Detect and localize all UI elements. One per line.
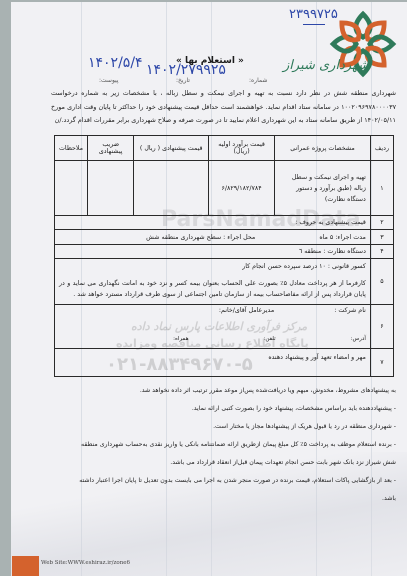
proposed-coefficient-cell[interactable]: [88, 161, 134, 216]
handwritten-underline: [303, 24, 325, 25]
row-number: ۴: [370, 245, 393, 259]
table-row: ۳ مدت اجراء: ۵ ماه محل اجراء : سطح شهردا…: [55, 230, 394, 245]
supervisor-cell: دستگاه نظارت : منطقه ٦: [55, 245, 371, 259]
legal-deductions-line: کسور قانونی : ۱۰ درصد سپرده حسن انجام کا…: [59, 263, 366, 270]
document-page: ۲۳۹۹۷۲۵ شهرداری شیراز « استعلام بها » ۱۴…: [11, 2, 407, 576]
ceo-name-label[interactable]: مدیرعامل آقای/خانم:: [219, 307, 274, 314]
price-in-words-field[interactable]: قیمت پیشنهادی به حروف :: [55, 216, 371, 230]
signature-cell[interactable]: مهر و امضاء تعهد آور و پیشنهاد دهنده: [55, 349, 371, 377]
note-item: - برنده استعلام موظف به پرداخت ۵٪ کل مبل…: [71, 436, 396, 472]
header-proposed-coefficient: ضریب پیشنهادی: [88, 136, 134, 161]
row-number: ۷: [370, 349, 393, 377]
row-number: ۲: [370, 216, 393, 230]
execution-duration: مدت اجراء: ۵ ماه: [319, 234, 366, 241]
contact-info-line: آدرس: تلفن: همراه:: [59, 336, 366, 342]
address-label[interactable]: آدرس:: [351, 336, 366, 342]
number-label: شماره:: [249, 77, 267, 84]
duration-location-cell: مدت اجراء: ۵ ماه محل اجراء : سطح شهرداری…: [55, 230, 371, 245]
price-inquiry-table: ردیف مشخصات پروژه عمرانی قیمت برآورد اول…: [54, 135, 394, 377]
table-row: ۶ نام شرکت : مدیرعامل آقای/خانم: آدرس: ت…: [55, 305, 394, 349]
footer-website-link[interactable]: Web Site:WWW.eshiraz.ir/zone6: [41, 560, 130, 566]
note-item: به پیشنهادهای مشروط، مخدوش، مبهم ویا دری…: [71, 382, 396, 400]
header-row-number: ردیف: [370, 136, 393, 161]
header-proposed-price: قیمت پیشنهادی ( ریال ): [134, 136, 209, 161]
attachment-label: پیوست:: [99, 77, 119, 84]
letter-date-value: ۱۴۰۲/۵/۴: [88, 55, 143, 71]
header-remarks: ملاحظات: [55, 136, 88, 161]
note-item: - پیشنهاددهنده باید براساس مشخصات، پیشنه…: [71, 400, 396, 418]
row-number: ۶: [370, 305, 393, 349]
execution-location: محل اجراء : سطح شهرداری منطقه شش: [146, 234, 255, 241]
note-item: - بعد از بازگشایی پاکات استعلام، قیمت بر…: [71, 472, 396, 508]
table-row: ۲ قیمت پیشنهادی به حروف :: [55, 216, 394, 230]
date-label: تاریخ:: [176, 77, 190, 84]
legal-deductions-cell: کسور قانونی : ۱۰ درصد سپرده حسن انجام کا…: [55, 259, 371, 305]
letter-number-value: ۱۴۰۲/۲۷۹۹۲۵: [146, 62, 226, 78]
row-number: ۵: [370, 259, 393, 305]
proposed-price-cell[interactable]: [134, 161, 209, 216]
logo-wordmark: شهرداری شیراز: [283, 58, 369, 73]
insurance-clause: کارفرما از هر پرداخت معادل ۵٪ بصورت علی …: [59, 278, 366, 300]
company-info-line: نام شرکت : مدیرعامل آقای/خانم:: [59, 307, 366, 314]
company-info-cell: نام شرکت : مدیرعامل آقای/خانم: آدرس: تلف…: [55, 305, 371, 349]
company-name-label[interactable]: نام شرکت :: [334, 307, 366, 314]
footer-orange-block: [12, 556, 39, 576]
row-number: ۱: [370, 161, 393, 216]
phone-label[interactable]: تلفن:: [263, 336, 275, 342]
header-project-spec: مشخصات پروژه عمرانی: [275, 136, 371, 161]
table-row: ۵ کسور قانونی : ۱۰ درصد سپرده حسن انجام …: [55, 259, 394, 305]
mobile-label[interactable]: همراه:: [173, 336, 188, 342]
remarks-cell[interactable]: [55, 161, 88, 216]
table-row: ۱ تهیه و اجرای نیمکت و سطل زباله (طبق بر…: [55, 161, 394, 216]
initial-price-cell: ۶/۸۲۹/۱۸۲/۷۸۴: [209, 161, 275, 216]
header-initial-price: قیمت برآورد اولیه (ریال): [209, 136, 275, 161]
table-row: ۷ مهر و امضاء تعهد آور و پیشنهاد دهنده: [55, 349, 394, 377]
intro-paragraph: شهرداری منطقه شش در نظر دارد نسبت به تهی…: [51, 87, 396, 128]
row-number: ۳: [370, 230, 393, 245]
conditions-notes: به پیشنهادهای مشروط، مخدوش، مبهم ویا دری…: [71, 382, 396, 508]
project-spec-cell: تهیه و اجرای نیمکت و سطل زباله (طبق برآو…: [275, 161, 371, 216]
table-row: ۴ دستگاه نظارت : منطقه ٦: [55, 245, 394, 259]
table-header-row: ردیف مشخصات پروژه عمرانی قیمت برآورد اول…: [55, 136, 394, 161]
note-item: - شهرداری منطقه در رد یا قبول هریک از پی…: [71, 418, 396, 436]
